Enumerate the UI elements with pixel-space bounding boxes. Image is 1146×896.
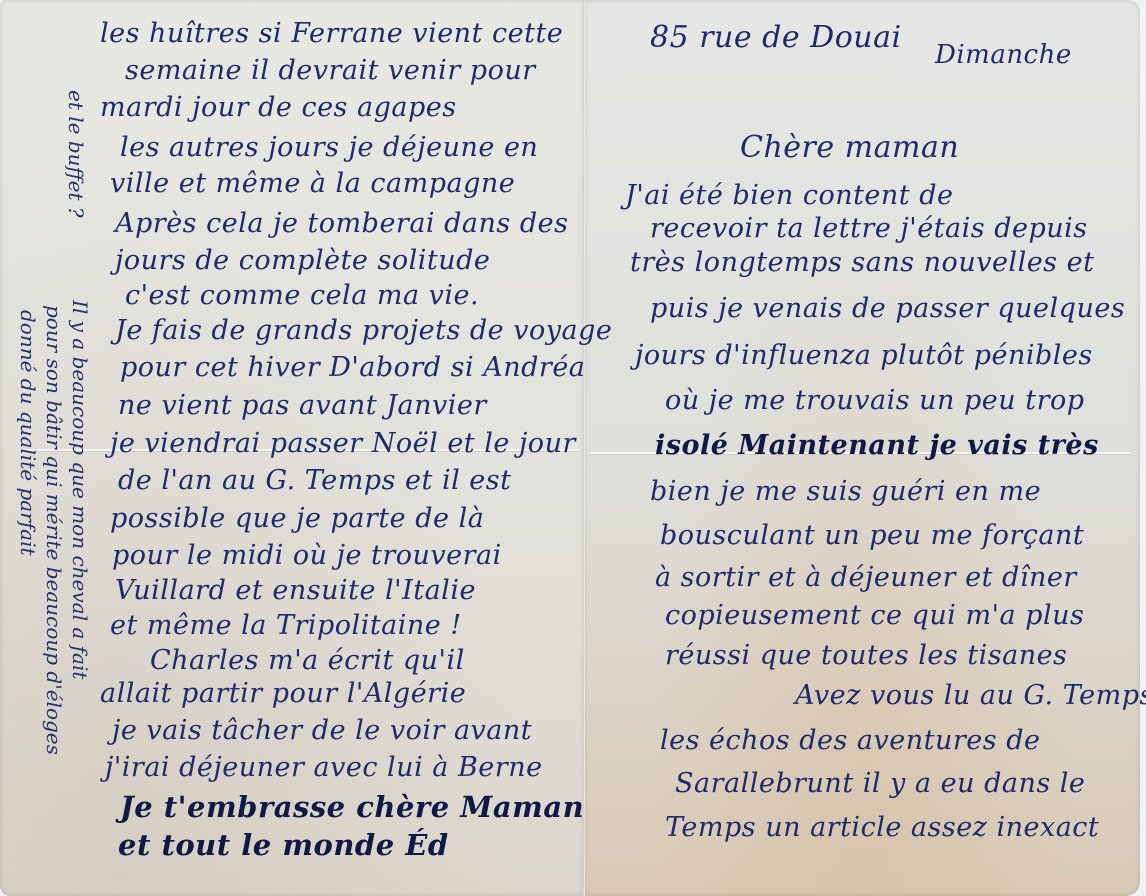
right-line: jours d'influenza plutôt pénibles <box>635 340 1093 371</box>
letter-salutation: Chère maman <box>740 130 959 165</box>
right-line: réussi que toutes les tisanes <box>665 640 1067 671</box>
right-line: copieusement ce qui m'a plus <box>665 600 1084 631</box>
margin-note: et le buffet ? <box>64 90 88 218</box>
left-line: possible que je parte de là <box>110 503 484 534</box>
margin-note: donné du qualité parfait <box>16 310 40 556</box>
right-line: les échos des aventures de <box>660 725 1040 756</box>
right-line: Avez vous lu au G. Temps <box>795 680 1146 711</box>
margin-note: Il y a beaucoup que mon cheval a fait <box>68 300 92 679</box>
page-fold <box>583 0 585 896</box>
letter-address: 85 rue de Douai <box>650 20 902 55</box>
right-line: bien je me suis guéri en me <box>650 476 1041 507</box>
right-line: isolé Maintenant je vais très <box>655 430 1099 461</box>
left-line: pour le midi où je trouverai <box>112 540 502 571</box>
left-line: les huîtres si Ferrane vient cette <box>100 18 563 49</box>
left-line: Charles m'a écrit qu'il <box>150 645 465 676</box>
left-line: c'est comme cela ma vie. <box>125 280 479 311</box>
left-line: Vuillard et ensuite l'Italie <box>115 575 476 606</box>
left-line: ne vient pas avant Janvier <box>118 390 487 421</box>
left-line: j'irai déjeuner avec lui à Berne <box>105 752 543 783</box>
left-line: je viendrai passer Noël et le jour <box>110 428 576 459</box>
left-line: les autres jours je déjeune en <box>120 132 538 163</box>
right-line: recevoir ta lettre j'étais depuis <box>650 213 1088 244</box>
right-line: à sortir et à déjeuner et dîner <box>655 562 1077 593</box>
letter-day: Dimanche <box>935 40 1072 70</box>
left-line: jours de complète solitude <box>115 245 490 276</box>
left-line: Après cela je tomberai dans des <box>115 208 568 239</box>
left-line-signature: et tout le monde Éd <box>118 828 449 862</box>
right-line: puis je venais de passer quelques <box>650 293 1125 324</box>
right-line: bousculant un peu me forçant <box>660 520 1084 551</box>
left-line: allait partir pour l'Algérie <box>100 678 466 709</box>
left-line: de l'an au G. Temps et il est <box>118 465 511 496</box>
right-line: Temps un article assez inexact <box>665 812 1099 843</box>
left-line-closing: Je t'embrasse chère Maman <box>120 790 584 824</box>
left-line: mardi jour de ces agapes <box>100 92 457 123</box>
right-line: J'ai été bien content de <box>625 180 954 211</box>
left-line: pour cet hiver D'abord si Andréa <box>120 352 585 383</box>
right-line: Sarallebrunt il y a eu dans le <box>675 768 1085 799</box>
left-line: et même la Tripolitaine ! <box>110 610 462 641</box>
left-line: je vais tâcher de le voir avant <box>112 715 532 746</box>
margin-note: pour son bâtir qui mérite beaucoup d'élo… <box>42 305 66 755</box>
left-line: ville et même à la campagne <box>110 168 515 199</box>
left-line: semaine il devrait venir pour <box>125 55 536 86</box>
right-line: très longtemps sans nouvelles et <box>630 247 1094 278</box>
left-line: Je fais de grands projets de voyage <box>115 315 612 346</box>
right-line: où je me trouvais un peu trop <box>665 385 1085 416</box>
